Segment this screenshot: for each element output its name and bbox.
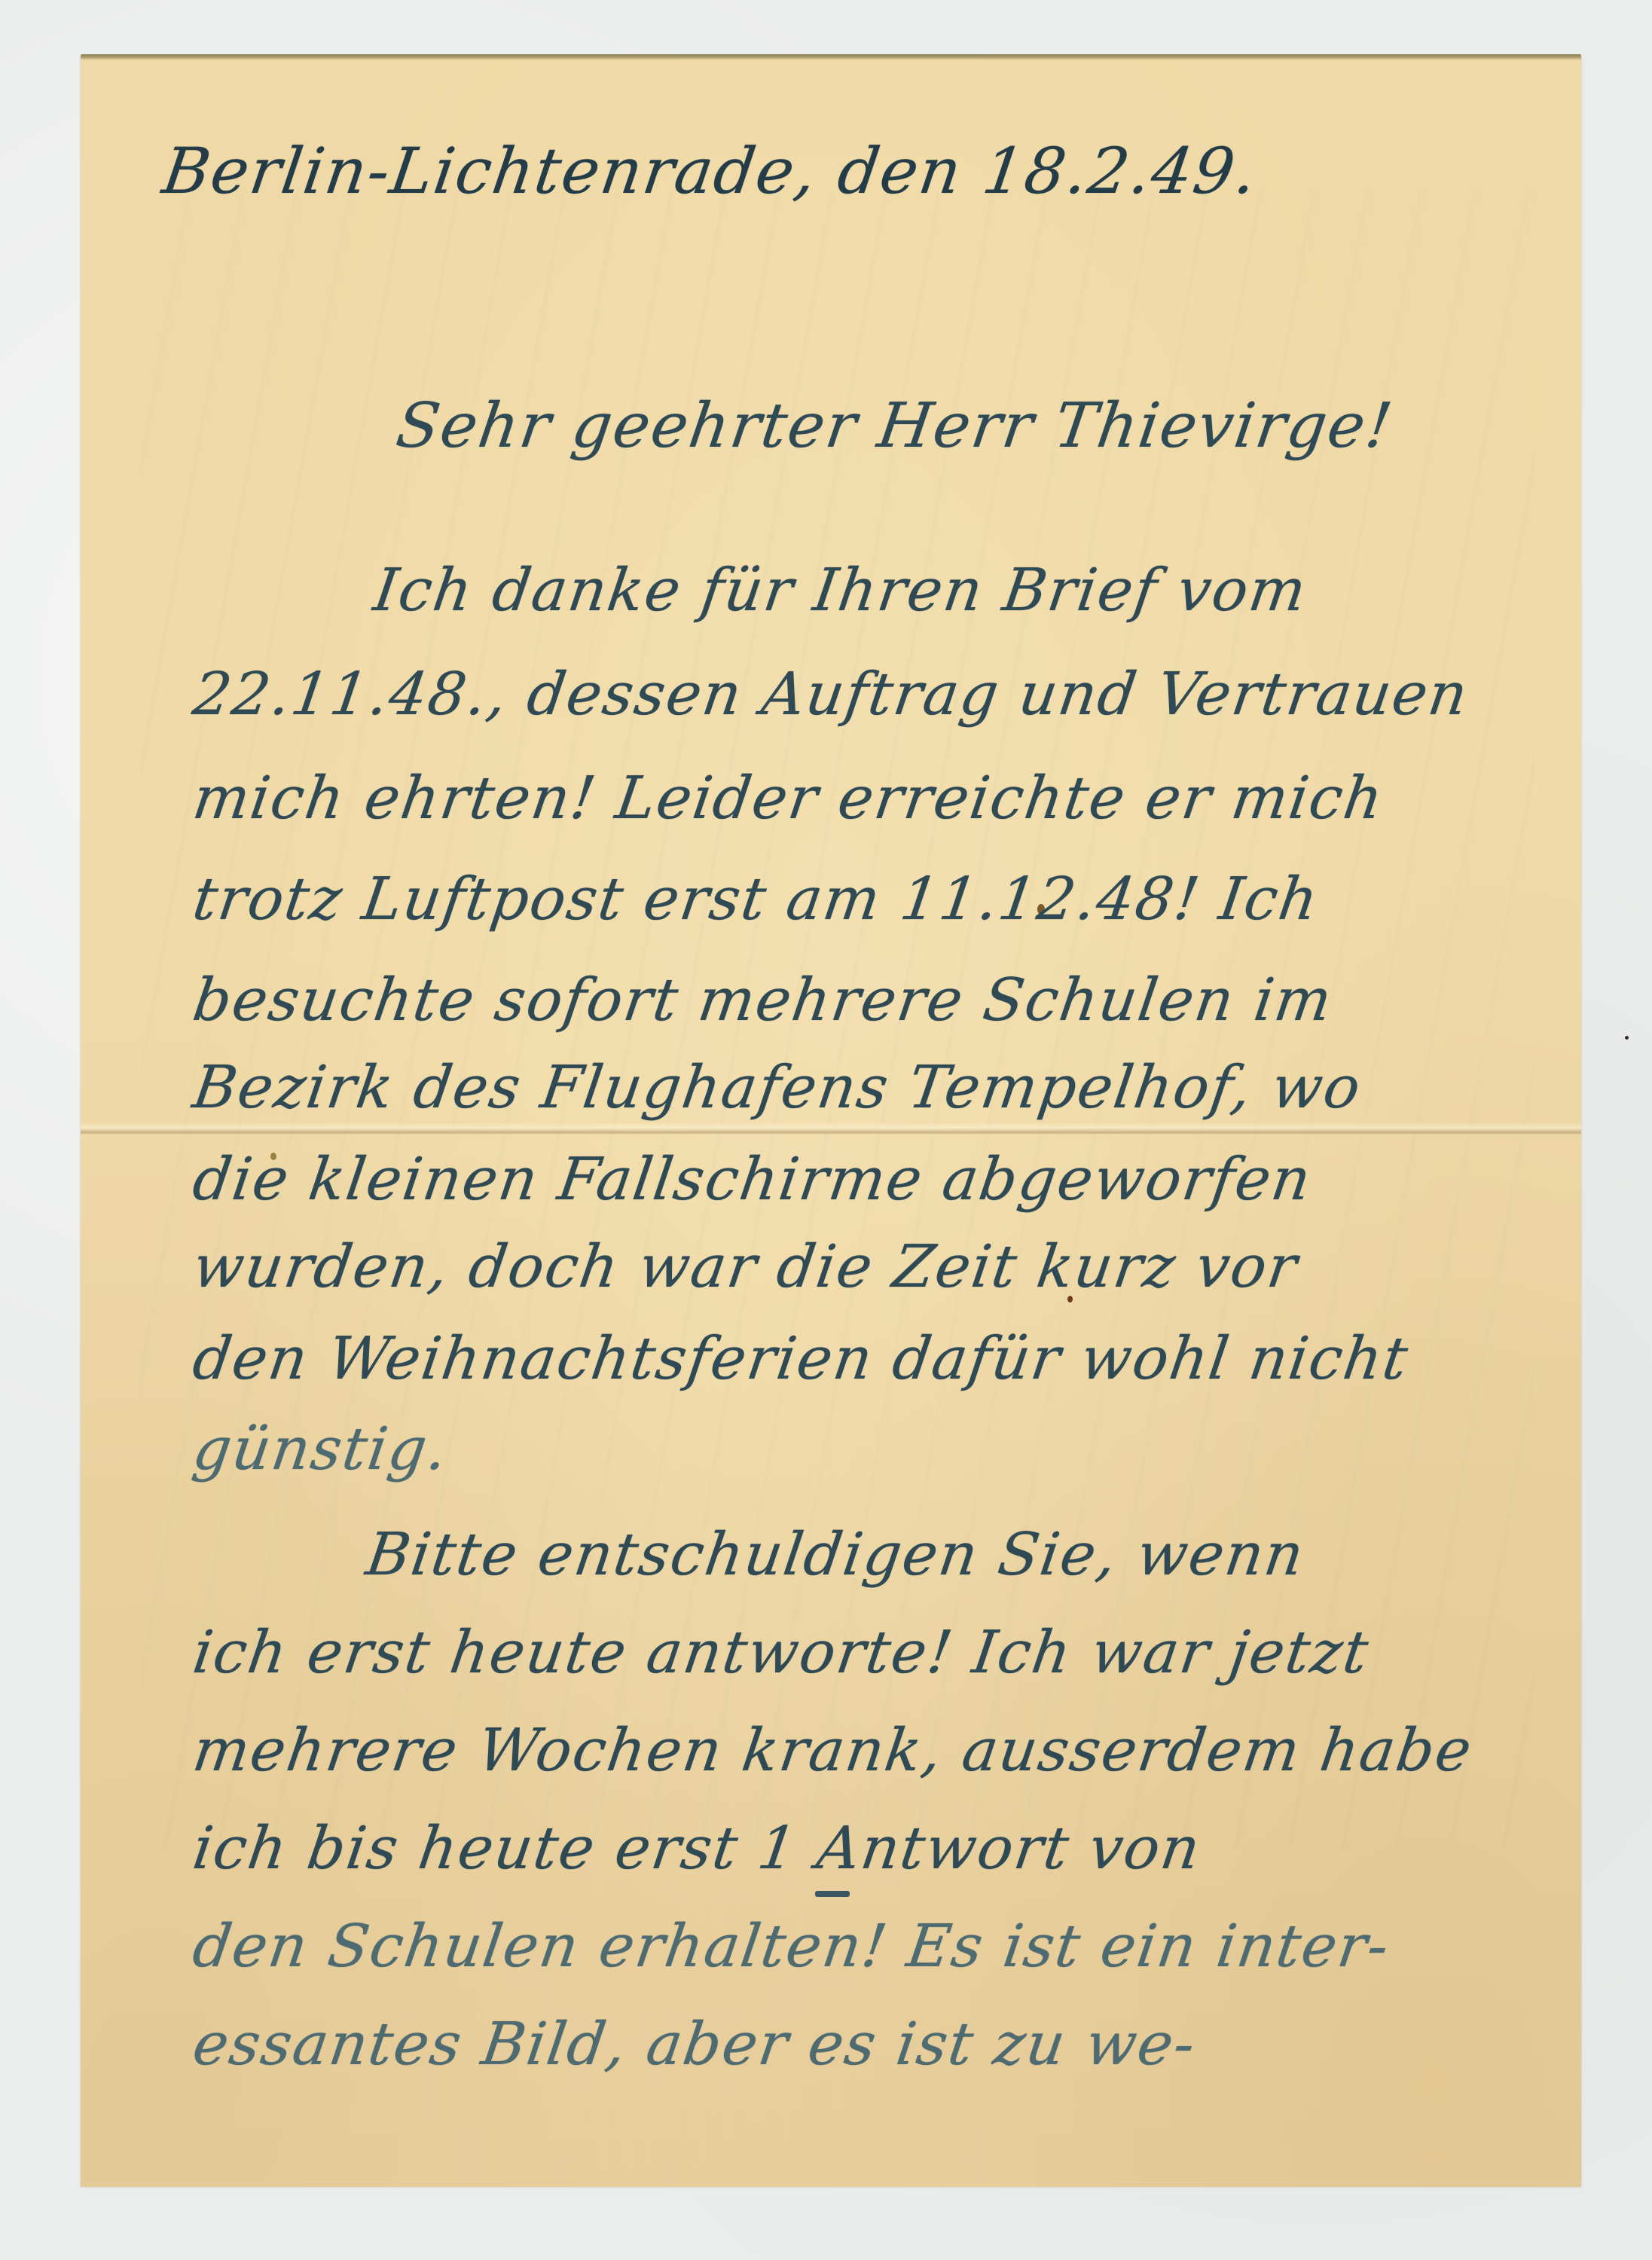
letter-line: den Weihnachtsferien dafür wohl nicht <box>190 1330 1412 1388</box>
letter-line: 22.11.48., dessen Auftrag und Vertrauen <box>190 665 1473 724</box>
letter-line: trotz Luftpost erst am 11.12.48! Ich <box>190 870 1323 929</box>
letter-line: mehrere Wochen krank, ausserdem habe <box>190 1721 1476 1780</box>
letter-page: Berlin-Lichtenrade, den 18.2.49. Sehr ge… <box>81 56 1581 2187</box>
underline-mark <box>815 1891 850 1897</box>
letter-line: Ich danke für Ihren Brief vom <box>371 561 1311 620</box>
letter-line: die kleinen Fallschirme abgeworfen <box>190 1150 1316 1209</box>
paper-fold-line <box>81 1122 1581 1135</box>
letter-line: den Schulen erhalten! Es ist ein inter- <box>190 1917 1394 1976</box>
letter-line: Bezirk des Flughafens Tempelhof, wo <box>190 1058 1366 1117</box>
paper-stain <box>1625 1036 1629 1040</box>
letter-salutation: Sehr geehrter Herr Thievirge! <box>392 395 1397 457</box>
letter-line: ich bis heute erst 1 Antwort von <box>190 1819 1205 1878</box>
paper-torn-edge <box>81 54 1581 60</box>
letter-line: wurden, doch war die Zeit kurz vor <box>190 1238 1302 1296</box>
letter-line: mich ehrten! Leider erreichte er mich <box>190 769 1388 828</box>
letter-line: günstig. <box>190 1420 452 1479</box>
letter-line: besuchte sofort mehrere Schulen im <box>190 971 1336 1030</box>
letter-place-date: Berlin-Lichtenrade, den 18.2.49. <box>159 139 1262 203</box>
letter-line: essantes Bild, aber es ist zu we- <box>190 2015 1200 2074</box>
letter-line: ich erst heute antworte! Ich war jetzt <box>190 1623 1373 1682</box>
letter-line: Bitte entschuldigen Sie, wenn <box>363 1525 1308 1584</box>
